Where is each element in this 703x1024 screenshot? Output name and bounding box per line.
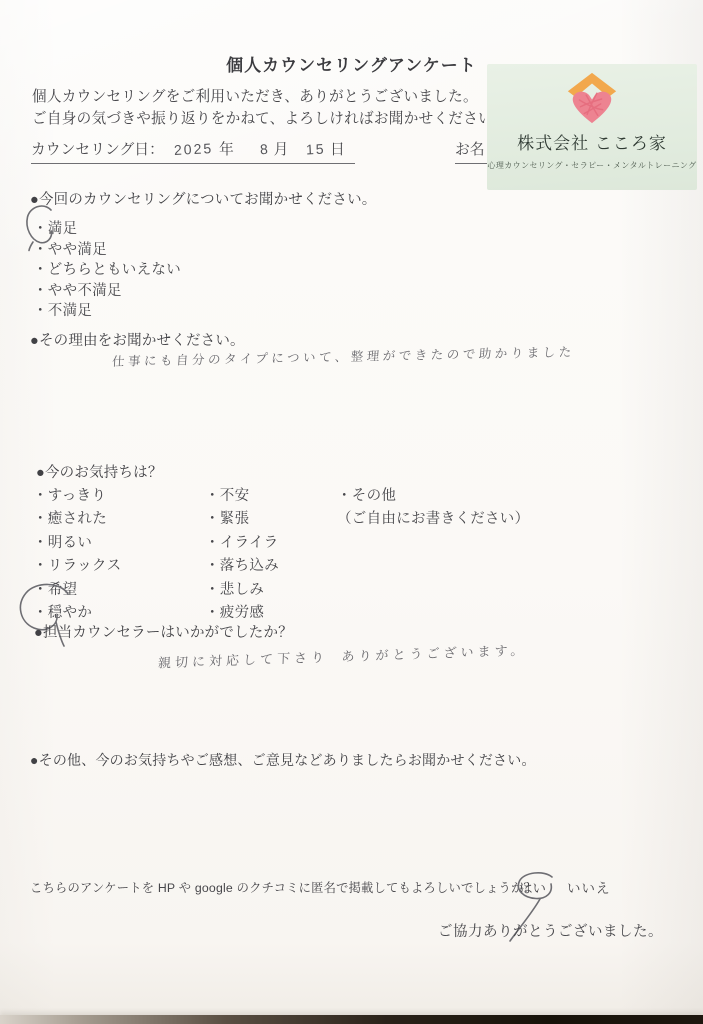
counseling-date-line: カウンセリング日：2025年8月15日 bbox=[31, 138, 355, 164]
mood-column-negative: ・不安 ・緊張 ・イライラ ・落ち込み ・悲しみ ・疲労感 bbox=[205, 484, 279, 624]
satisfaction-option-yaya-manzoku: ・やや満足 bbox=[33, 238, 181, 259]
intro-line-2: ご自身の気づきや振り返りをかねて、よろしければお聞かせください。 bbox=[32, 107, 508, 128]
date-label: カウンセリング日： bbox=[31, 142, 164, 158]
mood-option-sonota: ・その他 bbox=[337, 484, 529, 507]
question-mood-heading: ●今のお気持ちは？ bbox=[36, 461, 163, 482]
closing-thanks: ご協力ありがとうございました。 bbox=[438, 920, 663, 941]
paper-edge-shadow bbox=[0, 1015, 703, 1024]
intro-line-1: 個人カウンセリングをご利用いただき、ありがとうございました。 bbox=[32, 85, 478, 106]
mood-option-sukkiri: ・すっきり bbox=[33, 484, 121, 507]
satisfaction-option-manzoku: ・満足 bbox=[33, 217, 181, 238]
satisfaction-option-neutral: ・どちらともいえない bbox=[33, 258, 181, 279]
mood-option-kibou: ・希望 bbox=[33, 578, 121, 601]
company-name: 株式会社 こころ家 bbox=[517, 129, 667, 154]
mood-column-other: ・その他 （ご自由にお書きください） bbox=[337, 484, 529, 531]
date-day-unit: 日 bbox=[330, 142, 345, 158]
date-year-handwritten: 2025 bbox=[173, 140, 213, 158]
date-month-handwritten: 8 bbox=[259, 141, 270, 157]
mood-option-kanashimi: ・悲しみ bbox=[205, 578, 279, 601]
question-reason-heading: ●その理由をお聞かせください。 bbox=[30, 329, 245, 350]
satisfaction-option-fumanzoku: ・不満足 bbox=[33, 299, 181, 320]
question-satisfaction-heading: ●今回のカウンセリングについてお聞かせください。 bbox=[30, 188, 376, 209]
mood-option-akarui: ・明るい bbox=[33, 531, 121, 554]
mood-option-relax: ・リラックス bbox=[33, 554, 121, 577]
counselor-handwritten-answer: 親切に対応して下さり ありがとうございます。 bbox=[158, 640, 528, 672]
company-logo: 株式会社 こころ家 心理カウンセリング・セラピー・メンタルトレーニング bbox=[487, 64, 697, 190]
mood-option-iraira: ・イライラ bbox=[205, 531, 279, 554]
consent-question: こちらのアンケートを HP や google のクチコミに匿名で掲載してもよろし… bbox=[30, 878, 536, 896]
house-heart-icon bbox=[563, 71, 621, 127]
date-month-unit: 月 bbox=[274, 142, 289, 158]
date-year-unit: 年 bbox=[219, 142, 234, 158]
mood-option-iyasareta: ・癒された bbox=[33, 507, 121, 530]
consent-option-no: いいえ bbox=[567, 877, 611, 897]
mood-free-write-hint: （ご自由にお書きください） bbox=[337, 507, 529, 530]
question-counselor-heading: ●担当カウンセラーはいかがでしたか？ bbox=[34, 621, 293, 642]
mood-option-fuan: ・不安 bbox=[205, 484, 279, 507]
company-tagline: 心理カウンセリング・セラピー・メンタルトレーニング bbox=[487, 160, 696, 171]
mood-option-kinchou: ・緊張 bbox=[205, 507, 279, 530]
mood-option-ochikomi: ・落ち込み bbox=[205, 554, 279, 577]
mood-column-positive: ・すっきり ・癒された ・明るい ・リラックス ・希望 ・穏やか bbox=[33, 484, 121, 624]
satisfaction-option-yaya-fumanzoku: ・やや不満足 bbox=[33, 279, 181, 300]
satisfaction-options: ・満足 ・やや満足 ・どちらともいえない ・やや不満足 ・不満足 bbox=[33, 217, 181, 320]
question-other-feedback-heading: ●その他、今のお気持ちやご感想、ご意見などありましたらお聞かせください。 bbox=[30, 750, 536, 770]
consent-option-yes: はい bbox=[519, 877, 546, 897]
date-day-handwritten: 15 bbox=[306, 140, 326, 157]
survey-document: 個人カウンセリングアンケート 個人カウンセリングをご利用いただき、ありがとうござ… bbox=[0, 0, 703, 1024]
